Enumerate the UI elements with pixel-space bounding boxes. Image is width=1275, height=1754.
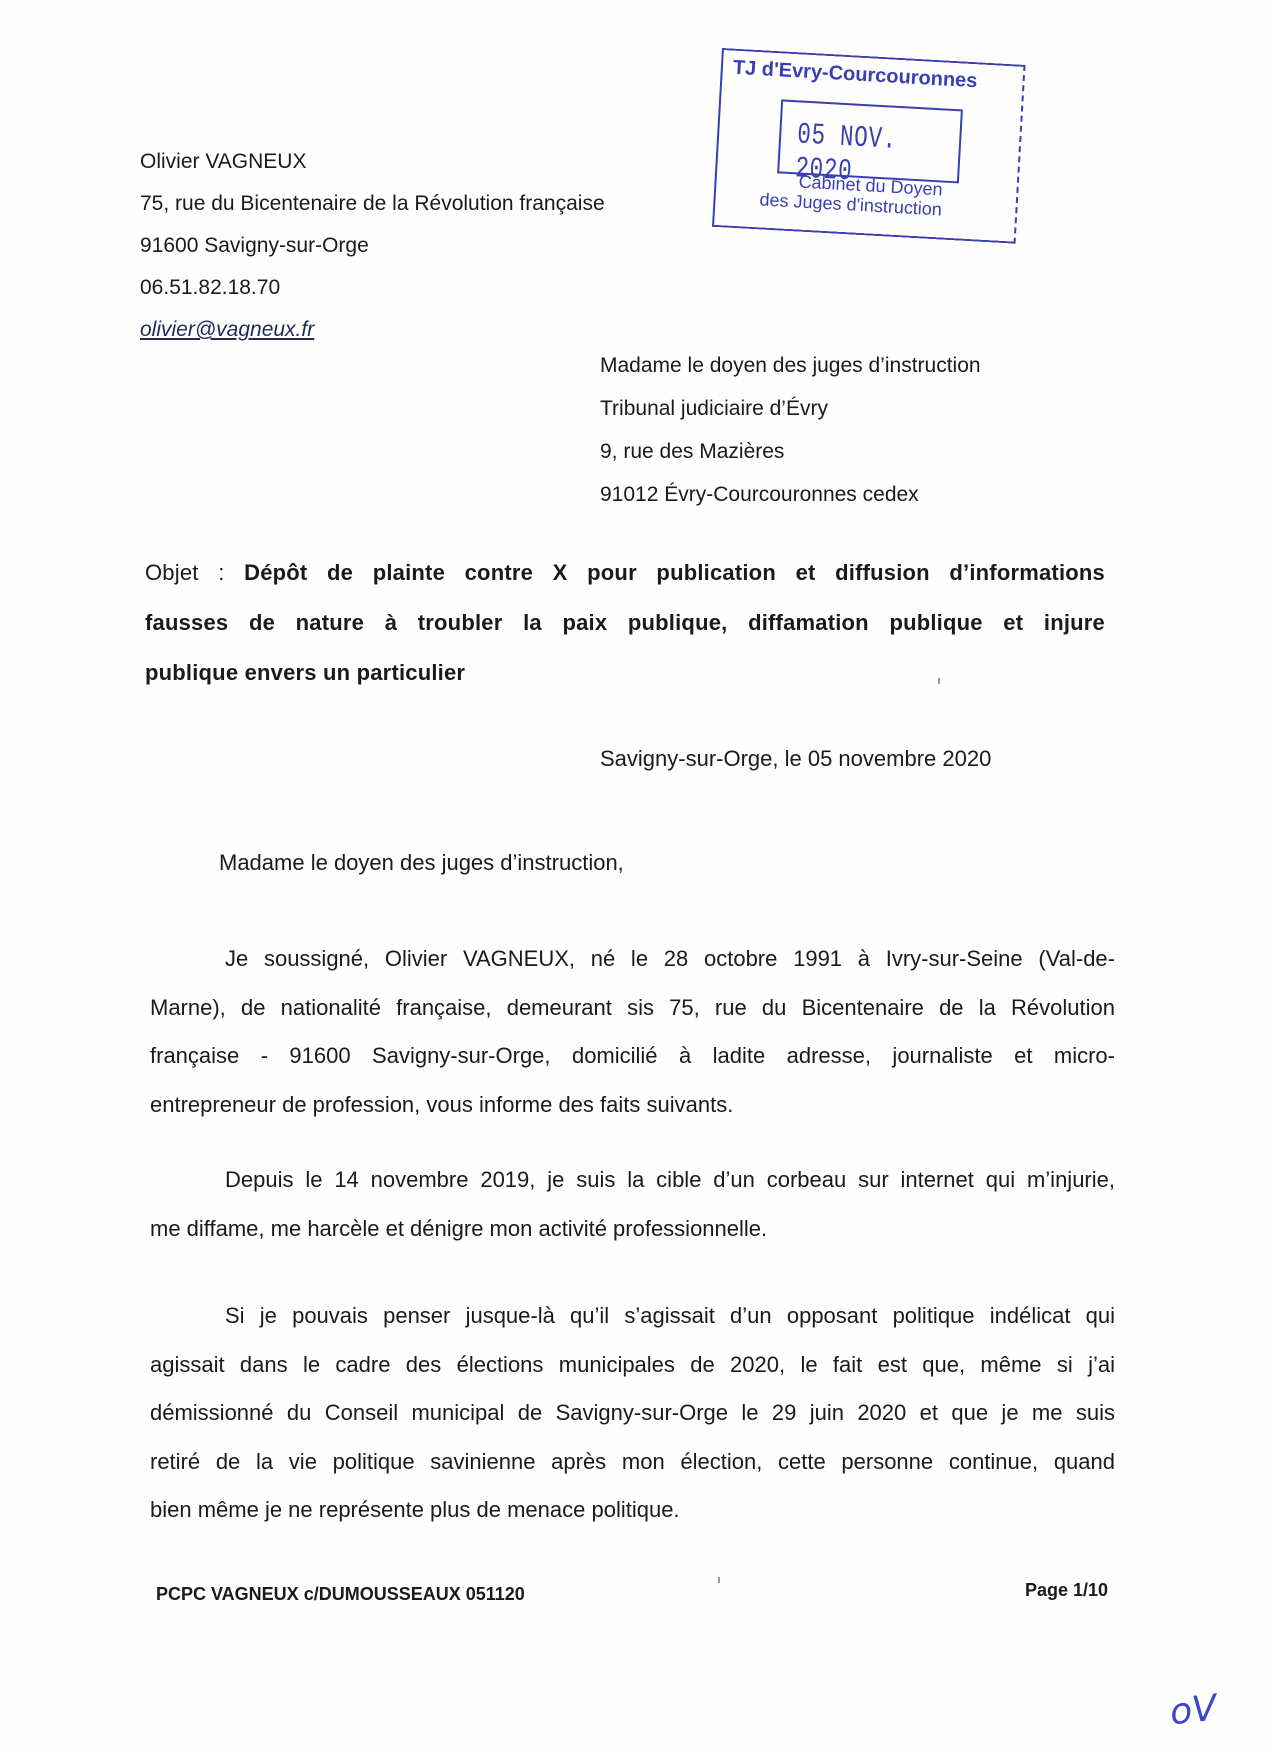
paragraph-1: Je soussigné, Olivier VAGNEUX, né le 28 … [150, 935, 1115, 1129]
paragraph-2: Depuis le 14 novembre 2019, je suis la c… [150, 1156, 1115, 1253]
paragraph-line: entrepreneur de profession, vous informe… [150, 1081, 1115, 1130]
court-stamp: TJ d'Evry-Courcouronnes 05 NOV. 2020 Cab… [712, 48, 1026, 244]
subject-line3: publique envers un particulier [145, 660, 465, 685]
subject-label: Objet : [145, 560, 244, 585]
paragraph-line: française - 91600 Savigny-sur-Orge, domi… [150, 1032, 1115, 1081]
subject-line2: fausses de nature à troubler la paix pub… [145, 610, 1105, 635]
recipient-line3: 9, rue des Mazières [600, 440, 784, 464]
paragraph-line: retiré de la vie politique savinienne ap… [150, 1438, 1115, 1487]
paragraph-line: Marne), de nationalité française, demeur… [150, 984, 1115, 1033]
paragraph-line: bien même je ne représente plus de menac… [150, 1486, 1115, 1535]
recipient-line4: 91012 Évry-Courcouronnes cedex [600, 483, 919, 507]
scan-speck [718, 1577, 720, 1583]
stamp-date-box: 05 NOV. 2020 [777, 99, 963, 183]
recipient-line1: Madame le doyen des juges d’instruction [600, 354, 981, 378]
sender-address-line1: 75, rue du Bicentenaire de la Révolution… [140, 192, 605, 216]
paragraph-line: Depuis le 14 novembre 2019, je suis la c… [150, 1156, 1115, 1205]
sender-phone: 06.51.82.18.70 [140, 276, 280, 300]
paragraph-line: me diffame, me harcèle et dénigre mon ac… [150, 1205, 1115, 1254]
subject-block: Objet : Dépôt de plainte contre X pour p… [145, 548, 1105, 698]
subject-line1: Dépôt de plainte contre X pour publicati… [244, 560, 1105, 585]
handwritten-initials: oV [1168, 1688, 1219, 1734]
paragraph-line: agissait dans le cadre des élections mun… [150, 1341, 1115, 1390]
footer-reference: PCPC VAGNEUX c/DUMOUSSEAUX 051120 [156, 1584, 525, 1605]
paragraph-line: Je soussigné, Olivier VAGNEUX, né le 28 … [150, 935, 1115, 984]
document-page: Olivier VAGNEUX 75, rue du Bicentenaire … [0, 0, 1275, 1754]
page-number: Page 1/10 [1025, 1580, 1108, 1601]
paragraph-3: Si je pouvais penser jusque-là qu’il s’a… [150, 1292, 1115, 1535]
paragraph-line: Si je pouvais penser jusque-là qu’il s’a… [150, 1292, 1115, 1341]
recipient-line2: Tribunal judiciaire d’Évry [600, 397, 828, 421]
place-date: Savigny-sur-Orge, le 05 novembre 2020 [600, 746, 991, 772]
paragraph-line: démissionné du Conseil municipal de Savi… [150, 1389, 1115, 1438]
salutation: Madame le doyen des juges d’instruction, [219, 850, 624, 876]
sender-address-line2: 91600 Savigny-sur-Orge [140, 234, 369, 258]
sender-name: Olivier VAGNEUX [140, 150, 306, 174]
sender-email-link[interactable]: olivier@vagneux.fr [140, 318, 314, 342]
scan-speck [938, 678, 940, 684]
stamp-title: TJ d'Evry-Courcouronnes [732, 57, 978, 94]
